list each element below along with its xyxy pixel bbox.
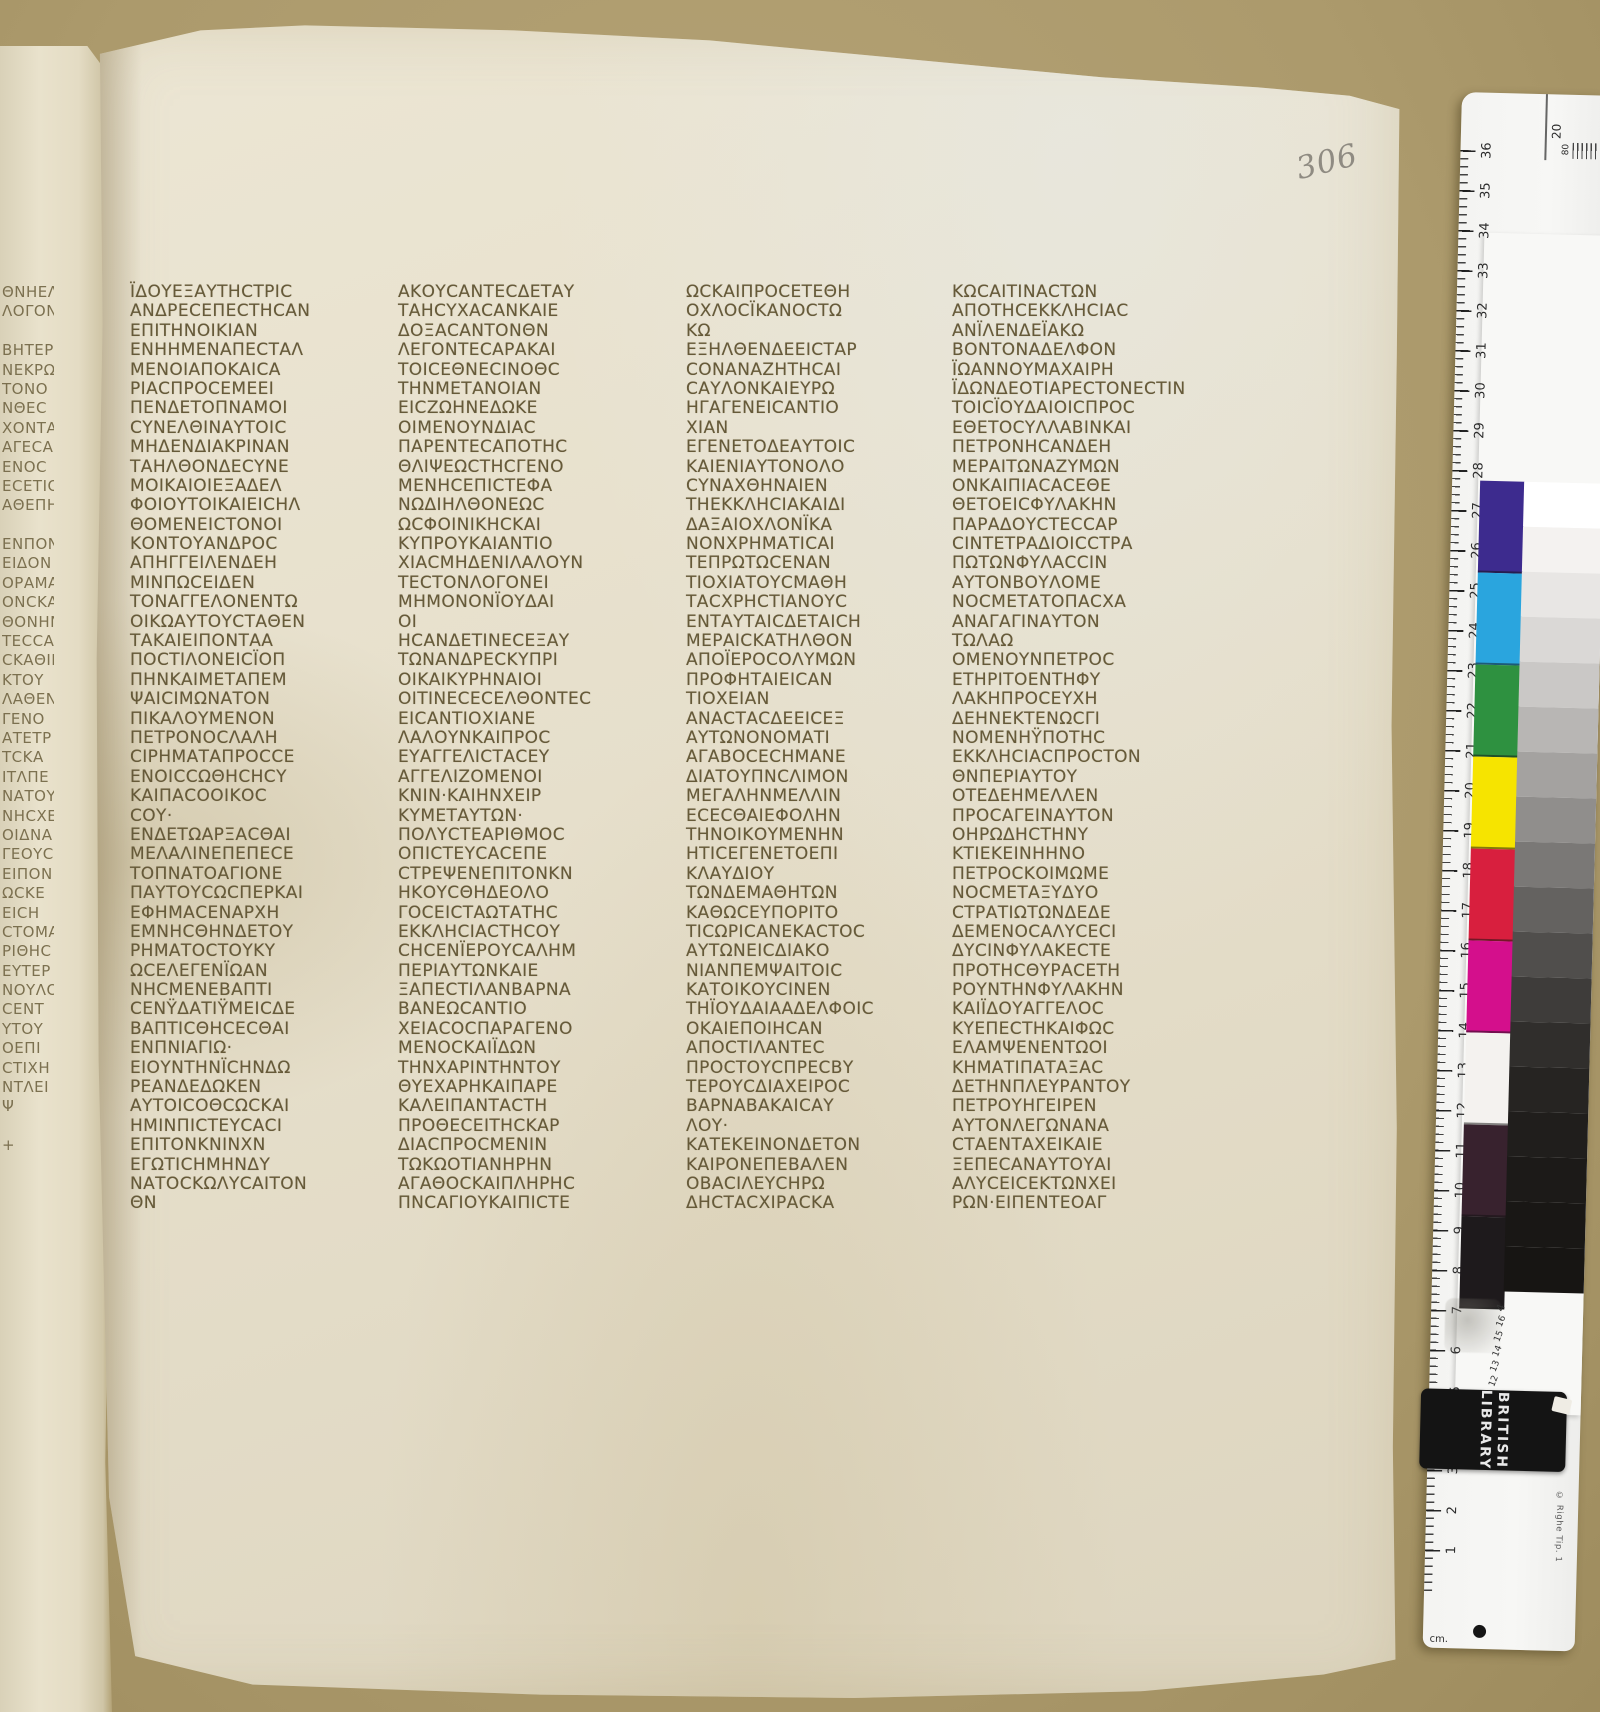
- grayscale-step-4: [1520, 617, 1600, 664]
- text-line: ΠΡΟϹΤΟΥϹΠΡΕϹΒΥ: [686, 1059, 932, 1078]
- grayscale-step-6: [1517, 707, 1598, 754]
- text-line: ΪΔΟΥΕΞΑΥΤΗϹΤΡΙϹ: [130, 283, 376, 302]
- text-line: ΟΒΑϹΙΛΕΥϹΗΡΩ: [686, 1175, 932, 1194]
- grayscale-step-8: [1515, 797, 1596, 844]
- edge-text-line: ΤϹΚΑ: [2, 748, 54, 767]
- text-line: ΔΥϹΙΝΦΥΛΑΚΕϹΤΕ: [952, 942, 1198, 961]
- text-line: ΔΙΑϹΠΡΟϹΜΕΝΙΝ: [398, 1136, 644, 1155]
- text-line: ΑΠΗΓΓΕΙΛΕΝΔΕΗ: [130, 554, 376, 573]
- grayscale-step-17: [1505, 1201, 1586, 1248]
- text-line: ΤΗΝΧΑΡΙΝΤΗΝΤΟΥ: [398, 1059, 644, 1078]
- text-line: ΘΕΤΟΕΙϹΦΥΛΑΚΗΝ: [952, 496, 1198, 515]
- text-line: ΑΠΟΪΕΡΟϹΟΛΥΜΩΝ: [686, 651, 932, 670]
- ruler-top-hatch-ticks: [1572, 143, 1596, 160]
- text-line: ΔΑΞΑΙΟΧΛΟΝΪΚΑ: [686, 516, 932, 535]
- text-line: ΤΩΝΑΝΔΡΕϹΚΥΠΡΙ: [398, 651, 644, 670]
- text-line: ϹΥΝΑΧΘΗΝΑΙΕΝ: [686, 477, 932, 496]
- edge-text-line: ΥΤΟΥ: [2, 1020, 54, 1039]
- text-line: ϹΕΝΫΔΑΤΙΫΜΕΙϹΔΕ: [130, 1000, 376, 1019]
- text-line: ΠΡΟϹΑΓΕΙΝΑΥΤΟΝ: [952, 807, 1198, 826]
- manuscript-column-4: ΚΩϹΑΙΤΙΝΑϹΤΩΝΑΠΟΤΗϹΕΚΚΛΗϹΙΑϹΑΝΪΛΕΝΔΕΪΑΚΩ…: [952, 283, 1198, 1214]
- text-line: ΪΩΑΝΝΟΥΜΑΧΑΙΡΗ: [952, 361, 1198, 380]
- text-line: ΚΩ: [686, 322, 932, 341]
- ruler-top-scale-lower: 80: [1561, 144, 1571, 156]
- text-line: ΤΩΛΑΩ: [952, 632, 1198, 651]
- color-patch-black: [1459, 1216, 1506, 1309]
- text-line: ΨΑΙϹΙΜΩΝΑΤΟΝ: [130, 690, 376, 709]
- text-line: ΚΥΜΕΤΑΥΤΩΝ·: [398, 807, 644, 826]
- card-smudge-stain: [1444, 1298, 1501, 1353]
- text-line: ΕΠΙΤΗΝΟΙΚΙΑΝ: [130, 322, 376, 341]
- edge-text-line: ΕϹΕΤΙΟ: [2, 477, 54, 496]
- text-line: ΛΑΚΗΠΡΟϹΕΥΧΗ: [952, 690, 1198, 709]
- edge-text-line: [2, 516, 54, 535]
- text-line: ΚΥΠΡΟΥΚΑΙΑΝΤΙΟ: [398, 535, 644, 554]
- ruler-number: 34: [1477, 217, 1492, 243]
- text-line: ΜΗΜΟΝΟΝΪΟΥΔΑΙ: [398, 593, 644, 612]
- text-line: ΑΥΤΟΝΛΕΓΩΝΑΝΑ: [952, 1117, 1198, 1136]
- text-line: ΚΑΙΪΔΟΥΑΓΓΕΛΟϹ: [952, 1000, 1198, 1019]
- edge-text-line: ϹΤΟΜΑ: [2, 923, 54, 942]
- manuscript-column-1: ΪΔΟΥΕΞΑΥΤΗϹΤΡΙϹΑΝΔΡΕϹΕΠΕϹΤΗϹΑΝΕΠΙΤΗΝΟΙΚΙ…: [130, 283, 376, 1214]
- text-line: ΤΗΕΚΚΛΗϹΙΑΚΑΙΔΙ: [686, 496, 932, 515]
- text-line: ΗΓΑΓΕΝΕΙϹΑΝΤΙΟ: [686, 399, 932, 418]
- text-line: ϹΙΝΤΕΤΡΑΔΙΟΙϹϹΤΡΑ: [952, 535, 1198, 554]
- grayscale-step-16: [1506, 1156, 1587, 1203]
- edge-text-line: ΕΙϹΗ: [2, 904, 54, 923]
- edge-text-line: ΟΕΠΙ: [2, 1039, 54, 1058]
- ruler-number: 31: [1474, 337, 1489, 363]
- text-line: ΠΡΟΦΗΤΑΙΕΙϹΑΝ: [686, 671, 932, 690]
- text-line: ΗϹΑΝΔΕΤΙΝΕϹΕΞΑΥ: [398, 632, 644, 651]
- text-line: ΠΡΟΘΕϹΕΙΤΗϹΚΑΡ: [398, 1117, 644, 1136]
- edge-text-line: Ψ: [2, 1097, 54, 1116]
- text-line: ΡΗΜΑΤΟϹΤΟΥΚΥ: [130, 942, 376, 961]
- text-line: ΕΓΩΤΙϹΗΜΗΝΔΥ: [130, 1156, 376, 1175]
- text-line: ΟΧΛΟϹΪΚΑΝΟϹΤΩ: [686, 302, 932, 321]
- text-line: ΑΥΤΩΝΟΝΟΜΑΤΙ: [686, 729, 932, 748]
- edge-text-line: ΟΝϹΚΑ: [2, 593, 54, 612]
- text-line: ΑΓΑΘΟϹΚΑΙΠΛΗΡΗϹ: [398, 1175, 644, 1194]
- text-line: ΕΛΑΜΨΕΝΕΝΤΩΟΙ: [952, 1039, 1198, 1058]
- text-line: ΚΑΤΟΙΚΟΥϹΙΝΕΝ: [686, 981, 932, 1000]
- ruler-top-scale-upper: 20: [1549, 124, 1563, 140]
- edge-text-line: ϹΤΙΧΗ: [2, 1059, 54, 1078]
- text-line: ΔΕΜΕΝΟϹΑΛΥϹΕϹΙ: [952, 923, 1198, 942]
- edge-text-line: ΙΤΛΠΕ: [2, 768, 54, 787]
- text-line: ΟΚΑΙΕΠΟΙΗϹΑΝ: [686, 1020, 932, 1039]
- ruler-number: 33: [1476, 257, 1491, 283]
- text-line: ΤΕΠΡΩΤΩϹΕΝΑΝ: [686, 554, 932, 573]
- text-line: ΩϹΦΟΙΝΙΚΗϹΚΑΙ: [398, 516, 644, 535]
- text-line: ΦΟΙΟΥΤΟΙΚΑΙΕΙϹΗΛ: [130, 496, 376, 515]
- edge-text-line: ΝΑΤΟΥ: [2, 787, 54, 806]
- text-line: ΕΘΕΤΟϹΥΛΛΑΒΙΝΚΑΙ: [952, 419, 1198, 438]
- grayscale-step-10: [1513, 887, 1594, 934]
- text-line: ΜΕΝΟϹΚΑΙΪΔΩΝ: [398, 1039, 644, 1058]
- manuscript-column-2: ΑΚΟΥϹΑΝΤΕϹΔΕΤΑΥΤΑΗϹΥΧΑϹΑΝΚΑΙΕΔΟΞΑϹΑΝΤΟΝΘ…: [398, 283, 644, 1214]
- edge-text-fragments: ΘΝΗΕΛΛΟΓΟΝΒΗΤΕΡΝΕΚΡΩΤΟΝΟΝΘΕϹΧΟΝΤΑΑΓΕϹΑΙΕ…: [2, 283, 54, 1156]
- text-line: ΕΝΔΕΤΩΑΡΞΑϹΘΑΙ: [130, 826, 376, 845]
- text-line: ΩϹΚΑΙΠΡΟϹΕΤΕΘΗ: [686, 283, 932, 302]
- text-line: ΑΥΤΟΝΒΟΥΛΟΜΕ: [952, 574, 1198, 593]
- text-line: ΛΕΓΟΝΤΕϹΑΡΑΚΑΙ: [398, 341, 644, 360]
- edge-text-line: [2, 1117, 54, 1136]
- text-line: ΠΑΡΑΔΟΥϹΤΕϹϹΑΡ: [952, 516, 1198, 535]
- grayscale-step-3: [1521, 572, 1600, 619]
- text-line: ΤΑΚΑΙΕΙΠΟΝΤΑΑ: [130, 632, 376, 651]
- british-library-label: BRITISH LIBRARY: [1419, 1388, 1567, 1472]
- text-line: ϹΤΑΕΝΤΑΧΕΙΚΑΙΕ: [952, 1136, 1198, 1155]
- edge-text-line: ϹΚΑΘΙΕ: [2, 651, 54, 670]
- text-line: ΚΤΙΕΚΕΙΝΗΗΝΟ: [952, 845, 1198, 864]
- color-patch-indigo: [1478, 481, 1525, 574]
- text-line: ΗΤΙϹΕΓΕΝΕΤΟΕΠΙ: [686, 845, 932, 864]
- ruler-secondary-scale: 416151413123: [1462, 92, 1600, 96]
- text-line: ΜΕΓΑΛΗΝΜΕΛΛΙΝ: [686, 787, 932, 806]
- text-line: ΚΑΘΩϹΕΥΠΟΡΙΤΟ: [686, 904, 932, 923]
- text-line: ΚΗΜΑΤΙΠΑΤΑΞΑϹ: [952, 1059, 1198, 1078]
- text-line: ΜΕΛΑΛΙΝΕΠΕΠΕϹΕ: [130, 845, 376, 864]
- text-line: ΕϹΕϹΘΑΙΕΦΟΛΗΝ: [686, 807, 932, 826]
- color-patch-yellow: [1471, 756, 1518, 849]
- text-line: ΟΝΚΑΙΠΙΑϹΑϹΕΘΕ: [952, 477, 1198, 496]
- text-line: ΕΞΗΛΘΕΝΔΕΕΙϹΤΑΡ: [686, 341, 932, 360]
- text-line: ΜΙΝΠΩϹΕΙΔΕΝ: [130, 574, 376, 593]
- edge-text-line: ΩϹΚΕ: [2, 884, 54, 903]
- edge-text-line: ΕΥΤΕΡ: [2, 962, 54, 981]
- ruler-cm-unit-label: cm.: [1423, 1634, 1455, 1646]
- text-line: ΒΑΡΝΑΒΑΚΑΙϹΑΥ: [686, 1097, 932, 1116]
- grayscale-step-15: [1507, 1111, 1588, 1158]
- text-line: ΠΩΤΩΝΦΥΛΑϹϹΙΝ: [952, 554, 1198, 573]
- grayscale-step-14: [1508, 1067, 1589, 1114]
- text-line: ΜΟΙΚΑΙΟΙΕΞΑΔΕΛ: [130, 477, 376, 496]
- text-line: ΑΠΟΤΗϹΕΚΚΛΗϹΙΑϹ: [952, 302, 1198, 321]
- grayscale-step-13: [1509, 1022, 1590, 1069]
- text-line: ΕΜΝΗϹΘΗΝΔΕΤΟΥ: [130, 923, 376, 942]
- ruler-cm-numbers: 3635343332313029282726252423222120191817…: [1462, 92, 1600, 96]
- text-line: ΚΩϹΑΙΤΙΝΑϹΤΩΝ: [952, 283, 1198, 302]
- text-line: ΑΝΑϹΤΑϹΔΕΕΙϹΕΞ: [686, 710, 932, 729]
- ruler-copyright-text: © Righe Tip. 1: [1551, 1491, 1565, 1641]
- edge-text-line: ΤΕϹϹΑ: [2, 632, 54, 651]
- edge-text-line: ΑΓΕϹΑΙ: [2, 438, 54, 457]
- text-line: ΞΕΠΕϹΑΝΑΥΤΟΥΑΙ: [952, 1156, 1198, 1175]
- text-line: ΟΠΙϹΤΕΥϹΑϹΕΠΕ: [398, 845, 644, 864]
- text-line: ΕΠΙΤΟΝΚΝΙΝΧΝ: [130, 1136, 376, 1155]
- ruler-top-divider: [1544, 94, 1547, 160]
- edge-text-line: ΧΟΝΤΑ: [2, 419, 54, 438]
- ruler-number: 2: [1445, 1497, 1460, 1523]
- text-line: ΚΑΛΕΙΠΑΝΤΑϹΤΗ: [398, 1097, 644, 1116]
- ruler-registration-dot: [1473, 1625, 1486, 1638]
- color-patch-green: [1473, 665, 1520, 758]
- edge-text-line: ΝΤΛΕΙ: [2, 1078, 54, 1097]
- edge-text-line: ΝΗϹΧΕ: [2, 807, 54, 826]
- text-line: ΚΥΕΠΕϹΤΗΚΑΙΦΩϹ: [952, 1020, 1198, 1039]
- text-line: ΝΗϹΜΕΝΕΒΑΠΤΙ: [130, 981, 376, 1000]
- text-line: ΤΑΗϹΥΧΑϹΑΝΚΑΙΕ: [398, 302, 644, 321]
- text-line: ΘΥΕΧΑΡΗΚΑΙΠΑΡΕ: [398, 1078, 644, 1097]
- text-line: ΤΩΝΔΕΜΑΘΗΤΩΝ: [686, 884, 932, 903]
- color-patch-dark-maroon: [1462, 1124, 1509, 1217]
- text-line: ΘΝ: [130, 1194, 376, 1213]
- text-line: ΠΕΤΡΟΝΗϹΑΝΔΕΗ: [952, 438, 1198, 457]
- text-line: ΜΕΝΗϹΕΠΙϹΤΕΦΑ: [398, 477, 644, 496]
- text-line: ΚΝΙΝ·ΚΑΙΗΝΧΕΙΡ: [398, 787, 644, 806]
- text-line: ΚΑΤΕΚΕΙΝΟΝΔΕΤΟΝ: [686, 1136, 932, 1155]
- ruler-number: 32: [1475, 297, 1490, 323]
- text-line: ΕΤΗΡΙΤΟΕΝΤΗΦΥ: [952, 671, 1198, 690]
- text-line: ΑΝΔΡΕϹΕΠΕϹΤΗϹΑΝ: [130, 302, 376, 321]
- text-line: ΑΓΑΒΟϹΕϹΗΜΑΝΕ: [686, 748, 932, 767]
- edge-text-line: ΕΝΟϹ: [2, 458, 54, 477]
- text-line: ΝΙΑΝΠΕΜΨΑΙΤΟΙϹ: [686, 962, 932, 981]
- text-line: ΕΚΚΛΗϹΙΑϹΠΡΟϹΤΟΝ: [952, 748, 1198, 767]
- text-line: ΚΟΝΤΟΥΑΝΔΡΟϹ: [130, 535, 376, 554]
- text-line: ϹΑΥΛΟΝΚΑΙΕΥΡΩ: [686, 380, 932, 399]
- edge-text-line: ΟΡΑΜΑ: [2, 574, 54, 593]
- text-line: ΕΥΑΓΓΕΛΙϹΤΑϹΕΥ: [398, 748, 644, 767]
- text-line: ΤΑϹΧΡΗϹΤΙΑΝΟΥϹ: [686, 593, 932, 612]
- text-line: ΑΠΟϹΤΙΛΑΝΤΕϹ: [686, 1039, 932, 1058]
- text-line: ΩϹΕΛΕΓΕΝΪΩΑΝ: [130, 962, 376, 981]
- edge-text-line: ϹΕΝΤ: [2, 1000, 54, 1019]
- text-line: ΑΚΟΥϹΑΝΤΕϹΔΕΤΑΥ: [398, 283, 644, 302]
- grayscale-step-7: [1516, 752, 1597, 799]
- text-line: ΑΛΥϹΕΙϹΕΚΤΩΝΧΕΙ: [952, 1175, 1198, 1194]
- label-torn-corner: [1551, 1396, 1572, 1415]
- edge-text-line: ΕΝΠΟΝ: [2, 535, 54, 554]
- text-line: ΡΕΑΝΔΕΔΩΚΕΝ: [130, 1078, 376, 1097]
- text-line: ΤΙϹΩΡΙϹΑΝΕΚΑϹΤΟϹ: [686, 923, 932, 942]
- manuscript-column-3: ΩϹΚΑΙΠΡΟϹΕΤΕΘΗΟΧΛΟϹΪΚΑΝΟϹΤΩΚΩΕΞΗΛΘΕΝΔΕΕΙ…: [686, 283, 932, 1214]
- text-line: ΧΕΙΑϹΟϹΠΑΡΑΓΕΝΟ: [398, 1020, 644, 1039]
- edge-text-line: ΘΟΝΗΝ: [2, 613, 54, 632]
- grayscale-step-18: [1504, 1246, 1585, 1293]
- text-line: ΗΜΙΝΠΙϹΤΕΥϹΑϹΙ: [130, 1117, 376, 1136]
- text-line: ΟΗΡΩΔΗϹΤΗΝΥ: [952, 826, 1198, 845]
- text-line: ϹΥΝΕΛΘΙΝΑΥΤΟΙϹ: [130, 419, 376, 438]
- text-line: ΤΟΙϹΕΘΝΕϹΙΝΟΘϹ: [398, 361, 644, 380]
- text-line: ΕΙϹΖΩΗΝΕΔΩΚΕ: [398, 399, 644, 418]
- text-line: ΠΟΛΥϹΤΕΑΡΙΘΜΟϹ: [398, 826, 644, 845]
- edge-text-line: ΤΟΝΟ: [2, 380, 54, 399]
- text-line: ΗΚΟΥϹΘΗΔΕΟΛΟ: [398, 884, 644, 903]
- grayscale-step-1: [1523, 482, 1600, 529]
- text-line: ΝΟϹΜΕΤΑΤΟΠΑϹΧΑ: [952, 593, 1198, 612]
- grayscale-step-12: [1510, 977, 1591, 1024]
- text-line: ΕΝΠΝΙΑΓΙΩ·: [130, 1039, 376, 1058]
- text-line: ΟΜΕΝΟΥΝΠΕΤΡΟϹ: [952, 651, 1198, 670]
- text-line: ΡΟΥΝΤΗΝΦΥΛΑΚΗΝ: [952, 981, 1198, 1000]
- text-line: ΘΝΠΕΡΙΑΥΤΟΥ: [952, 768, 1198, 787]
- british-library-label-text: BRITISH LIBRARY: [1475, 1390, 1511, 1471]
- text-line: ΤΩΚΩΟΤΙΑΝΗΡΗΝ: [398, 1156, 644, 1175]
- text-line: ΠΕΤΡΟΝΟϹΛΑΛΗ: [130, 729, 376, 748]
- ruler-number: 35: [1478, 177, 1493, 203]
- text-line: ΟΙ: [398, 613, 644, 632]
- text-line: ΑΝΑΓΑΓΙΝΑΥΤΟΝ: [952, 613, 1198, 632]
- text-line: ΕΓΕΝΕΤΟΔΕΑΥΤΟΙϹ: [686, 438, 932, 457]
- edge-text-line: ΛΑΘΕΝ: [2, 690, 54, 709]
- text-line: ΠΗΝΚΑΙΜΕΤΑΠΕΜ: [130, 671, 376, 690]
- text-line: ΤΗΪΟΥΔΑΙΑΑΔΕΛΦΟΙϹ: [686, 1000, 932, 1019]
- text-line: ΠΕΡΙΑΥΤΩΝΚΑΙΕ: [398, 962, 644, 981]
- text-line: ΤΗΝΟΙΚΟΥΜΕΝΗΝ: [686, 826, 932, 845]
- edge-text-line: ΕΙΔΟΝ: [2, 554, 54, 573]
- measuring-ruler-card: 3635343332313029282726252423222120191817…: [1423, 92, 1600, 1651]
- text-line: ΠΙΚΑΛΟΥΜΕΝΟΝ: [130, 710, 376, 729]
- text-line: ΤΙΟΧΙΑΤΟΥϹΜΑΘΗ: [686, 574, 932, 593]
- text-line: ΤΟΠΝΑΤΟΑΓΙΟΝΕ: [130, 865, 376, 884]
- text-line: ΑΝΪΛΕΝΔΕΪΑΚΩ: [952, 322, 1198, 341]
- text-line: ΤΕΡΟΥϹΔΙΑΧΕΙΡΟϹ: [686, 1078, 932, 1097]
- text-line: ΠΡΟΤΗϹΘΥΡΑϹΕΤΗ: [952, 962, 1198, 981]
- text-line: ΟΙΜΕΝΟΥΝΔΙΑϹ: [398, 419, 644, 438]
- text-line: ΑΓΓΕΛΙΖΟΜΕΝΟΙ: [398, 768, 644, 787]
- edge-text-line: ΡΙΘΗϹ: [2, 942, 54, 961]
- text-line: ΒΑΠΤΙϹΘΗϹΕϹΘΑΙ: [130, 1020, 376, 1039]
- text-line: ΟΙΤΙΝΕϹΕϹΕΛΘΟΝΤΕϹ: [398, 690, 644, 709]
- color-patch-magenta: [1466, 940, 1513, 1033]
- grayscale-step-2: [1522, 527, 1600, 574]
- edge-text-line: [2, 322, 54, 341]
- text-line: ΝΑΤΟϹΚΩΛΥϹΑΙΤΟΝ: [130, 1175, 376, 1194]
- ruler-number: 1: [1444, 1537, 1459, 1563]
- text-line: ΛΑΛΟΥΝΚΑΙΠΡΟϹ: [398, 729, 644, 748]
- text-line: ΔΕΗΝΕΚΤΕΝΩϹΓΙ: [952, 710, 1198, 729]
- text-line: ΜΕΡΑΙΤΩΝΑΖΥΜΩΝ: [952, 458, 1198, 477]
- edge-text-line: +: [2, 1136, 54, 1155]
- text-line: ΪΔΩΝΔΕΟΤΙΑΡΕϹΤΟΝΕϹΤΙΝ: [952, 380, 1198, 399]
- text-line: ΠΑΥΤΟΥϹΩϹΠΕΡΚΑΙ: [130, 884, 376, 903]
- text-line: ΑΥΤΟΙϹΟΘϹΩϹΚΑΙ: [130, 1097, 376, 1116]
- text-line: ΟΙΚΩΑΥΤΟΥϹΤΑΘΕΝ: [130, 613, 376, 632]
- edge-text-line: ΑΤΕΤΡ: [2, 729, 54, 748]
- text-line: ϹΙΡΗΜΑΤΑΠΡΟϹϹΕ: [130, 748, 376, 767]
- text-line: ΕΙϹΑΝΤΙΟΧΙΑΝΕ: [398, 710, 644, 729]
- edge-text-line: ΝΕΚΡΩ: [2, 361, 54, 380]
- text-line: ΤΕϹΤΟΝΛΟΓΟΝΕΙ: [398, 574, 644, 593]
- text-line: ΞΑΠΕϹΤΙΛΑΝΒΑΡΝΑ: [398, 981, 644, 1000]
- text-line: ΤΑΗΛΘΟΝΔΕϹΥΝΕ: [130, 458, 376, 477]
- text-line: ΕΝΟΙϹϹΩΘΗϹΗϹΥ: [130, 768, 376, 787]
- text-line: ΠΝϹΑΓΙΟΥΚΑΙΠΙϹΤΕ: [398, 1194, 644, 1213]
- text-line: ϹΗϹΕΝΪΕΡΟΥϹΑΛΗΜ: [398, 942, 644, 961]
- edge-text-line: ΛΟΓΟΝ: [2, 302, 54, 321]
- text-line: ΕΝΗΗΜΕΝΑΠΕϹΤΑΛ: [130, 341, 376, 360]
- edge-text-line: ΝΟΥΛΟ: [2, 981, 54, 1000]
- text-line: ΝΩΔΙΗΛΘΟΝΕΩϹ: [398, 496, 644, 515]
- text-line: ΤΟΙϹΪΟΥΔΑΙΟΙϹΠΡΟϹ: [952, 399, 1198, 418]
- text-line: ΔΟΞΑϹΑΝΤΟΝΘΝ: [398, 322, 644, 341]
- manuscript-photo: ΘΝΗΕΛΛΟΓΟΝΒΗΤΕΡΝΕΚΡΩΤΟΝΟΝΘΕϹΧΟΝΤΑΑΓΕϹΑΙΕ…: [0, 0, 1600, 1712]
- text-line: ΘΟΜΕΝΕΙϹΤΟΝΟΙ: [130, 516, 376, 535]
- text-line: ΕΦΗΜΑϹΕΝΑΡΧΗ: [130, 904, 376, 923]
- color-patch-red: [1469, 848, 1516, 941]
- edge-text-line: ΓΕΟΥϹΟΝ: [2, 845, 54, 864]
- text-line: ΡΙΑϹΠΡΟϹΕΜΕΕΙ: [130, 380, 376, 399]
- text-line: ϹΤΡΑΤΙΩΤΩΝΔΕΔΕ: [952, 904, 1198, 923]
- text-line: ΕΝΤΑΥΤΑΙϹΔΕΤΑΙϹΗ: [686, 613, 932, 632]
- text-line: ΟΤΕΔΕΗΜΕΛΛΕΝ: [952, 787, 1198, 806]
- edge-text-line: ΕΙΠΟΝ: [2, 865, 54, 884]
- text-line: ΝΟΝΧΡΗΜΑΤΙϹΑΙ: [686, 535, 932, 554]
- text-line: ΟΙΚΑΙΚΥΡΗΝΑΙΟΙ: [398, 671, 644, 690]
- text-line: ΧΙΑϹΜΗΔΕΝΙΛΑΛΟΥΝ: [398, 554, 644, 573]
- text-line: ΠΟϹΤΙΛΟΝΕΙϹΪΟΠ: [130, 651, 376, 670]
- text-line: ΜΕΡΑΙϹΚΑΤΗΛΘΟΝ: [686, 632, 932, 651]
- text-line: ΠΕΤΡΟϹΚΟΙΜΩΜΕ: [952, 865, 1198, 884]
- text-line: ΤΗΝΜΕΤΑΝΟΙΑΝ: [398, 380, 644, 399]
- text-line: ΤΟΝΑΓΓΕΛΟΝΕΝΤΩ: [130, 593, 376, 612]
- text-line: ΜΕΝΟΙΑΠΟΚΑΙϹΑ: [130, 361, 376, 380]
- edge-text-line: ΝΘΕϹ: [2, 399, 54, 418]
- text-line: ΑΥΤΩΝΕΙϹΔΙΑΚΟ: [686, 942, 932, 961]
- ruler-number: 30: [1473, 377, 1488, 403]
- text-line: ϹΤΡΕΨΕΝΕΠΙΤΟΝΚΝ: [398, 865, 644, 884]
- text-line: ΠΑΡΕΝΤΕϹΑΠΟΤΗϹ: [398, 438, 644, 457]
- grayscale-step-11: [1512, 932, 1593, 979]
- grayscale-step-5: [1518, 662, 1599, 709]
- text-line: ΚΑΙΡΟΝΕΠΕΒΑΛΕΝ: [686, 1156, 932, 1175]
- edge-text-line: ΒΗΤΕΡ: [2, 341, 54, 360]
- text-line: ΛΟΥ·: [686, 1117, 932, 1136]
- edge-text-line: ΟΙΔΝΑ: [2, 826, 54, 845]
- text-line: ΒΟΝΤΟΝΑΔΕΛΦΟΝ: [952, 341, 1198, 360]
- text-line: ΤΙΟΧΕΙΑΝ: [686, 690, 932, 709]
- text-line: ΓΟϹΕΙϹΤΑΩΤΑΤΗϹ: [398, 904, 644, 923]
- edge-text-line: ΑΘΕΠΗ: [2, 496, 54, 515]
- text-line: ΠΕΝΔΕΤΟΠΝΑΜΟΙ: [130, 399, 376, 418]
- text-line: ΝΟϹΜΕΤΑΞΥΔΥΟ: [952, 884, 1198, 903]
- text-line: ΒΑΝΕΩϹΑΝΤΙΟ: [398, 1000, 644, 1019]
- text-line: ΡΩΝ·ΕΙΠΕΝΤΕΟΑΓ: [952, 1194, 1198, 1213]
- text-line: ΠΕΤΡΟΥΗΓΕΙΡΕΝ: [952, 1097, 1198, 1116]
- text-line: ΔΕΤΗΝΠΛΕΥΡΑΝΤΟΥ: [952, 1078, 1198, 1097]
- ruler-number: 36: [1479, 137, 1494, 163]
- text-line: ΔΗϹΤΑϹΧΙΡΑϹΚΑ: [686, 1194, 932, 1213]
- text-line: ΕΙΟΥΝΤΗΝΪϹΗΝΔΩ: [130, 1059, 376, 1078]
- text-line: ΚΑΙΠΑϹΟΟΙΚΟϹ: [130, 787, 376, 806]
- text-line: ΘΛΙΨΕΩϹΤΗϹΓΕΝΟ: [398, 458, 644, 477]
- text-line: ΝΟΜΕΝΗΫΠΟΤΗϹ: [952, 729, 1198, 748]
- grayscale-step-9: [1514, 842, 1595, 889]
- text-line: ΧΙΑΝ: [686, 419, 932, 438]
- text-line: ΚΛΑΥΔΙΟΥ: [686, 865, 932, 884]
- edge-text-line: ΚΤΟΥ: [2, 671, 54, 690]
- text-line: ΚΑΙΕΝΙΑΥΤΟΝΟΛΟ: [686, 458, 932, 477]
- color-patch-cyan: [1476, 573, 1523, 666]
- edge-text-line: ΘΝΗΕΛ: [2, 283, 54, 302]
- text-line: ΜΗΔΕΝΔΙΑΚΡΙΝΑΝ: [130, 438, 376, 457]
- color-patch-white: [1464, 1032, 1511, 1125]
- ruler-number: 29: [1472, 417, 1487, 443]
- edge-text-line: ΓΕΝΟ: [2, 710, 54, 729]
- text-line: ϹΟΝΑΝΑΖΗΤΗϹΑΙ: [686, 361, 932, 380]
- text-line: ΔΙΑΤΟΥΠΝϹΛΙΜΟΝ: [686, 768, 932, 787]
- text-line: ϹΟΥ·: [130, 807, 376, 826]
- text-line: ΕΚΚΛΗϹΙΑϹΤΗϹΟΥ: [398, 923, 644, 942]
